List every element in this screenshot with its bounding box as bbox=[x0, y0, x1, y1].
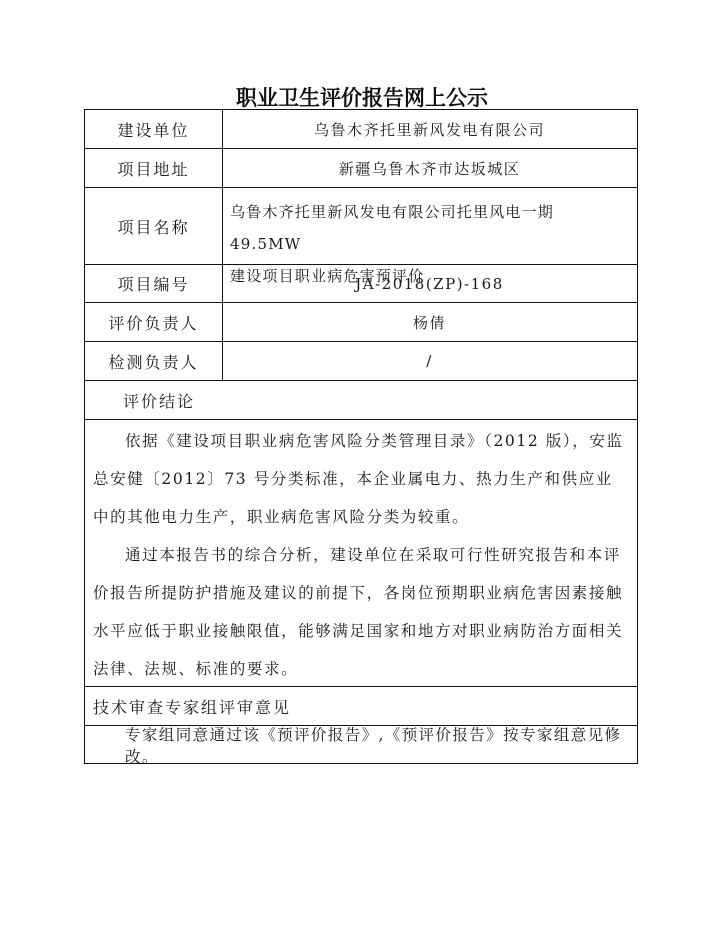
conclusion-paragraph-1: 依据《建设项目职业病危害风险分类管理目录》（2012 版），安监总安健〔2012… bbox=[85, 422, 637, 536]
row-label: 项目名称 bbox=[85, 188, 223, 264]
row-label: 项目编号 bbox=[85, 265, 223, 302]
row-label: 建设单位 bbox=[85, 110, 223, 148]
review-text: 专家组同意通过该《预评价报告》,《预评价报告》按专家组意见修改。 bbox=[85, 726, 637, 763]
table-row-evaluation-lead: 评价负责人 杨倩 bbox=[85, 303, 637, 342]
table-row-construction-unit: 建设单位 乌鲁木齐托里新风发电有限公司 bbox=[85, 110, 637, 149]
conclusion-heading: 评价结论 bbox=[85, 381, 637, 419]
row-label: 评价负责人 bbox=[85, 303, 223, 341]
page-title: 职业卫生评价报告网上公示 bbox=[0, 82, 724, 112]
table-row-project-name: 项目名称 乌鲁木齐托里新风发电有限公司托里风电一期 49.5MW 建设项目职业病… bbox=[85, 188, 637, 265]
info-table: 建设单位 乌鲁木齐托里新风发电有限公司 项目地址 新疆乌鲁木齐市达坂城区 项目名… bbox=[84, 109, 638, 764]
review-body-row: 专家组同意通过该《预评价报告》,《预评价报告》按专家组意见修改。 bbox=[85, 726, 637, 763]
row-value: 杨倩 bbox=[222, 303, 637, 341]
row-value: JA-2018(ZP)-168 bbox=[222, 265, 637, 302]
table-row-project-address: 项目地址 新疆乌鲁木齐市达坂城区 bbox=[85, 149, 637, 188]
row-value: 乌鲁木齐托里新风发电有限公司托里风电一期 49.5MW 建设项目职业病危害预评价 bbox=[222, 188, 637, 264]
row-label: 项目地址 bbox=[85, 149, 223, 187]
project-name-line-1: 乌鲁木齐托里新风发电有限公司托里风电一期 49.5MW bbox=[230, 196, 631, 260]
row-value: 乌鲁木齐托里新风发电有限公司 bbox=[222, 110, 637, 148]
conclusion-paragraph-2: 通过本报告书的综合分析，建设单位在采取可行性研究报告和本评价报告所提防护措施及建… bbox=[85, 536, 637, 688]
conclusion-body-row: 依据《建设项目职业病危害风险分类管理目录》（2012 版），安监总安健〔2012… bbox=[85, 420, 637, 687]
row-value: / bbox=[222, 342, 637, 380]
conclusion-heading-row: 评价结论 bbox=[85, 381, 637, 420]
table-row-project-number: 项目编号 JA-2018(ZP)-168 bbox=[85, 265, 637, 303]
row-value: 新疆乌鲁木齐市达坂城区 bbox=[222, 149, 637, 187]
review-heading: 技术审查专家组评审意见 bbox=[85, 687, 637, 725]
review-heading-row: 技术审查专家组评审意见 bbox=[85, 687, 637, 726]
conclusion-body: 依据《建设项目职业病危害风险分类管理目录》（2012 版），安监总安健〔2012… bbox=[85, 420, 637, 686]
table-row-testing-lead: 检测负责人 / bbox=[85, 342, 637, 381]
row-label: 检测负责人 bbox=[85, 342, 223, 380]
